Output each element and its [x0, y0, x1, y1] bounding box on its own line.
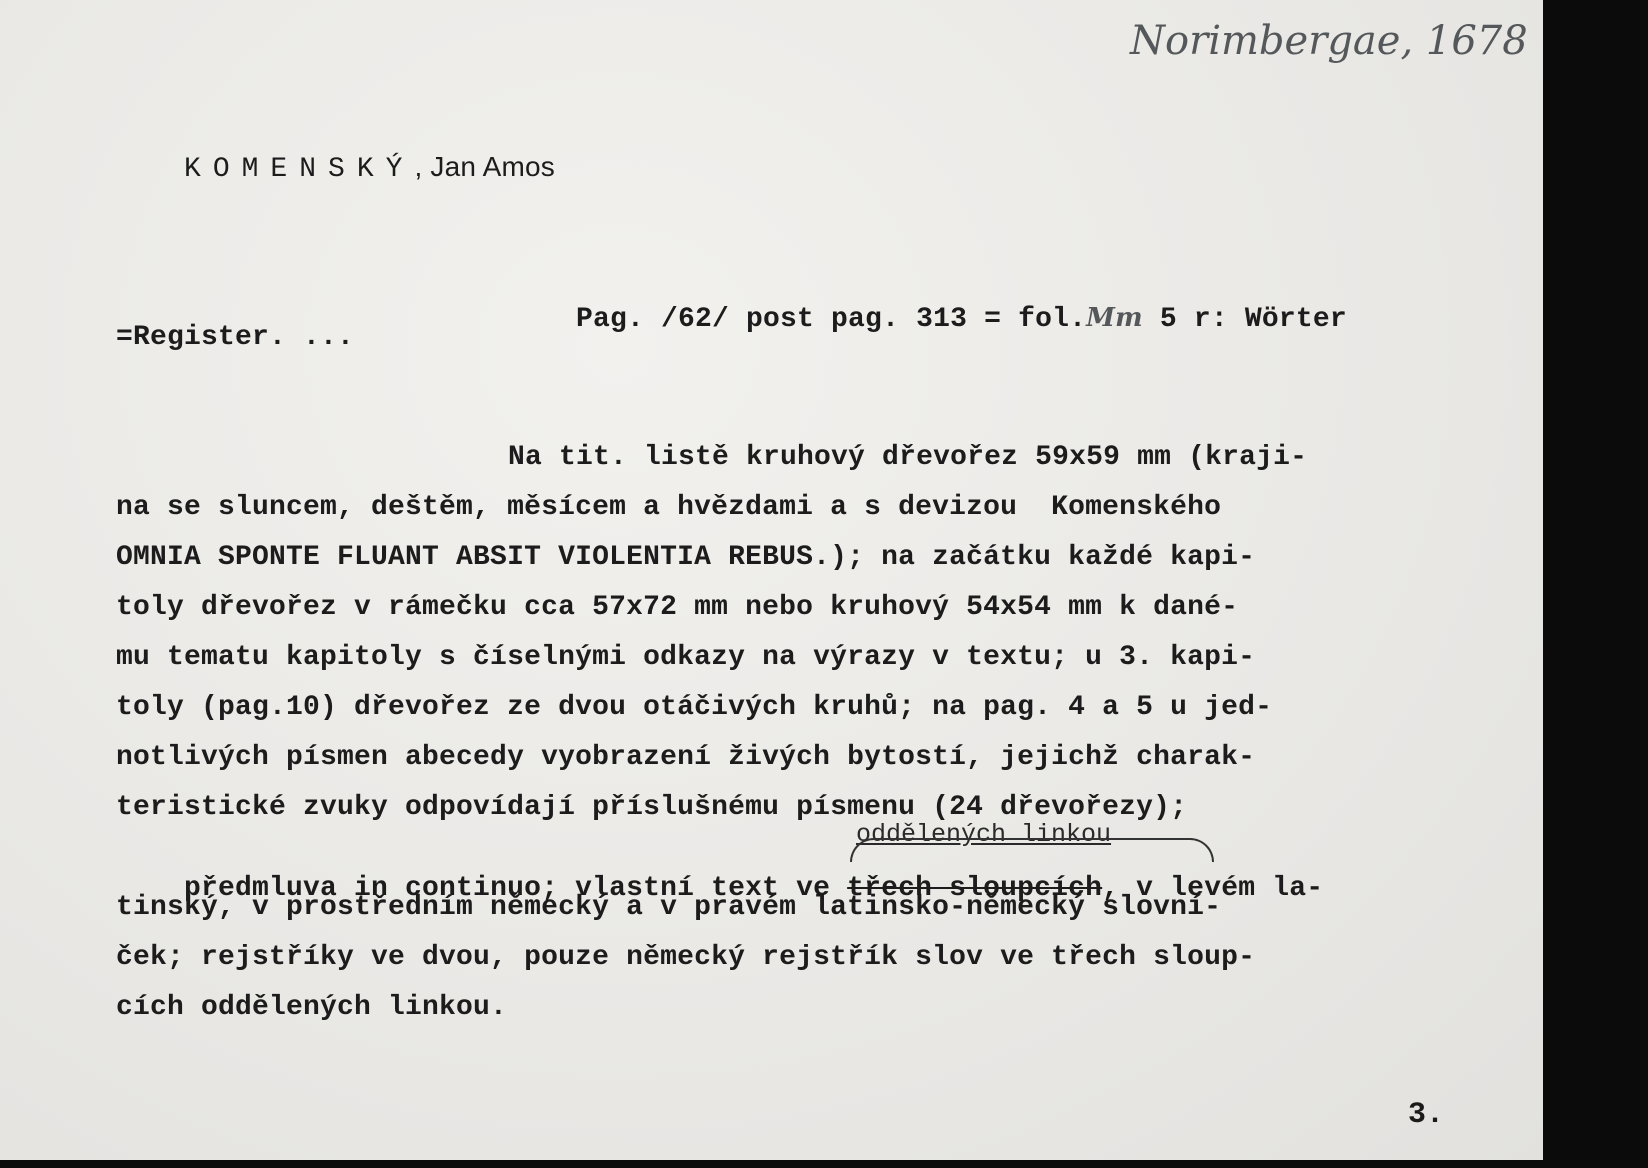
heading-given-name: , Jan Amos: [414, 151, 555, 182]
pagination-line-2: =Register. ...: [116, 322, 354, 353]
description-line: notlivých písmen abecedy vyobrazení živý…: [116, 742, 1255, 773]
catalog-card: Norimbergae, 1678 KOMENSKÝ, Jan Amos Pag…: [0, 0, 1543, 1160]
description-line: na se sluncem, deštěm, měsícem a hvězdam…: [116, 492, 1221, 523]
heading-surname: KOMENSKÝ: [184, 154, 414, 185]
description-line: Na tit. listě kruhový dřevořez 59x59 mm …: [508, 442, 1307, 473]
pagination-text: Pag. /62/ post pag. 313 = fol.: [576, 304, 1086, 335]
pagination-text-end: 5 r: Wörter: [1143, 304, 1347, 335]
description-line: mu tematu kapitoly s číselnými odkazy na…: [116, 642, 1255, 673]
description-line: OMNIA SPONTE FLUANT ABSIT VIOLENTIA REBU…: [116, 542, 1255, 573]
pagination-line: Pag. /62/ post pag. 313 = fol.Mm 5 r: Wö…: [508, 272, 1347, 366]
description-line: teristické zvuky odpovídají příslušnému …: [116, 792, 1187, 823]
handwritten-signature: Mm: [1086, 303, 1143, 333]
page-number: 3.: [1408, 1098, 1444, 1132]
handwritten-note: Norimbergae, 1678: [1130, 18, 1528, 64]
description-line: tinský, v prostředním německý a v pravém…: [116, 892, 1221, 923]
heading: KOMENSKÝ, Jan Amos: [116, 120, 555, 216]
description-line: toly (pag.10) dřevořez ze dvou otáčivých…: [116, 692, 1272, 723]
description-line: toly dřevořez v rámečku cca 57x72 mm neb…: [116, 592, 1238, 623]
description-line: ček; rejstříky ve dvou, pouze německý re…: [116, 942, 1255, 973]
description-line: cích oddělených linkou.: [116, 992, 507, 1023]
